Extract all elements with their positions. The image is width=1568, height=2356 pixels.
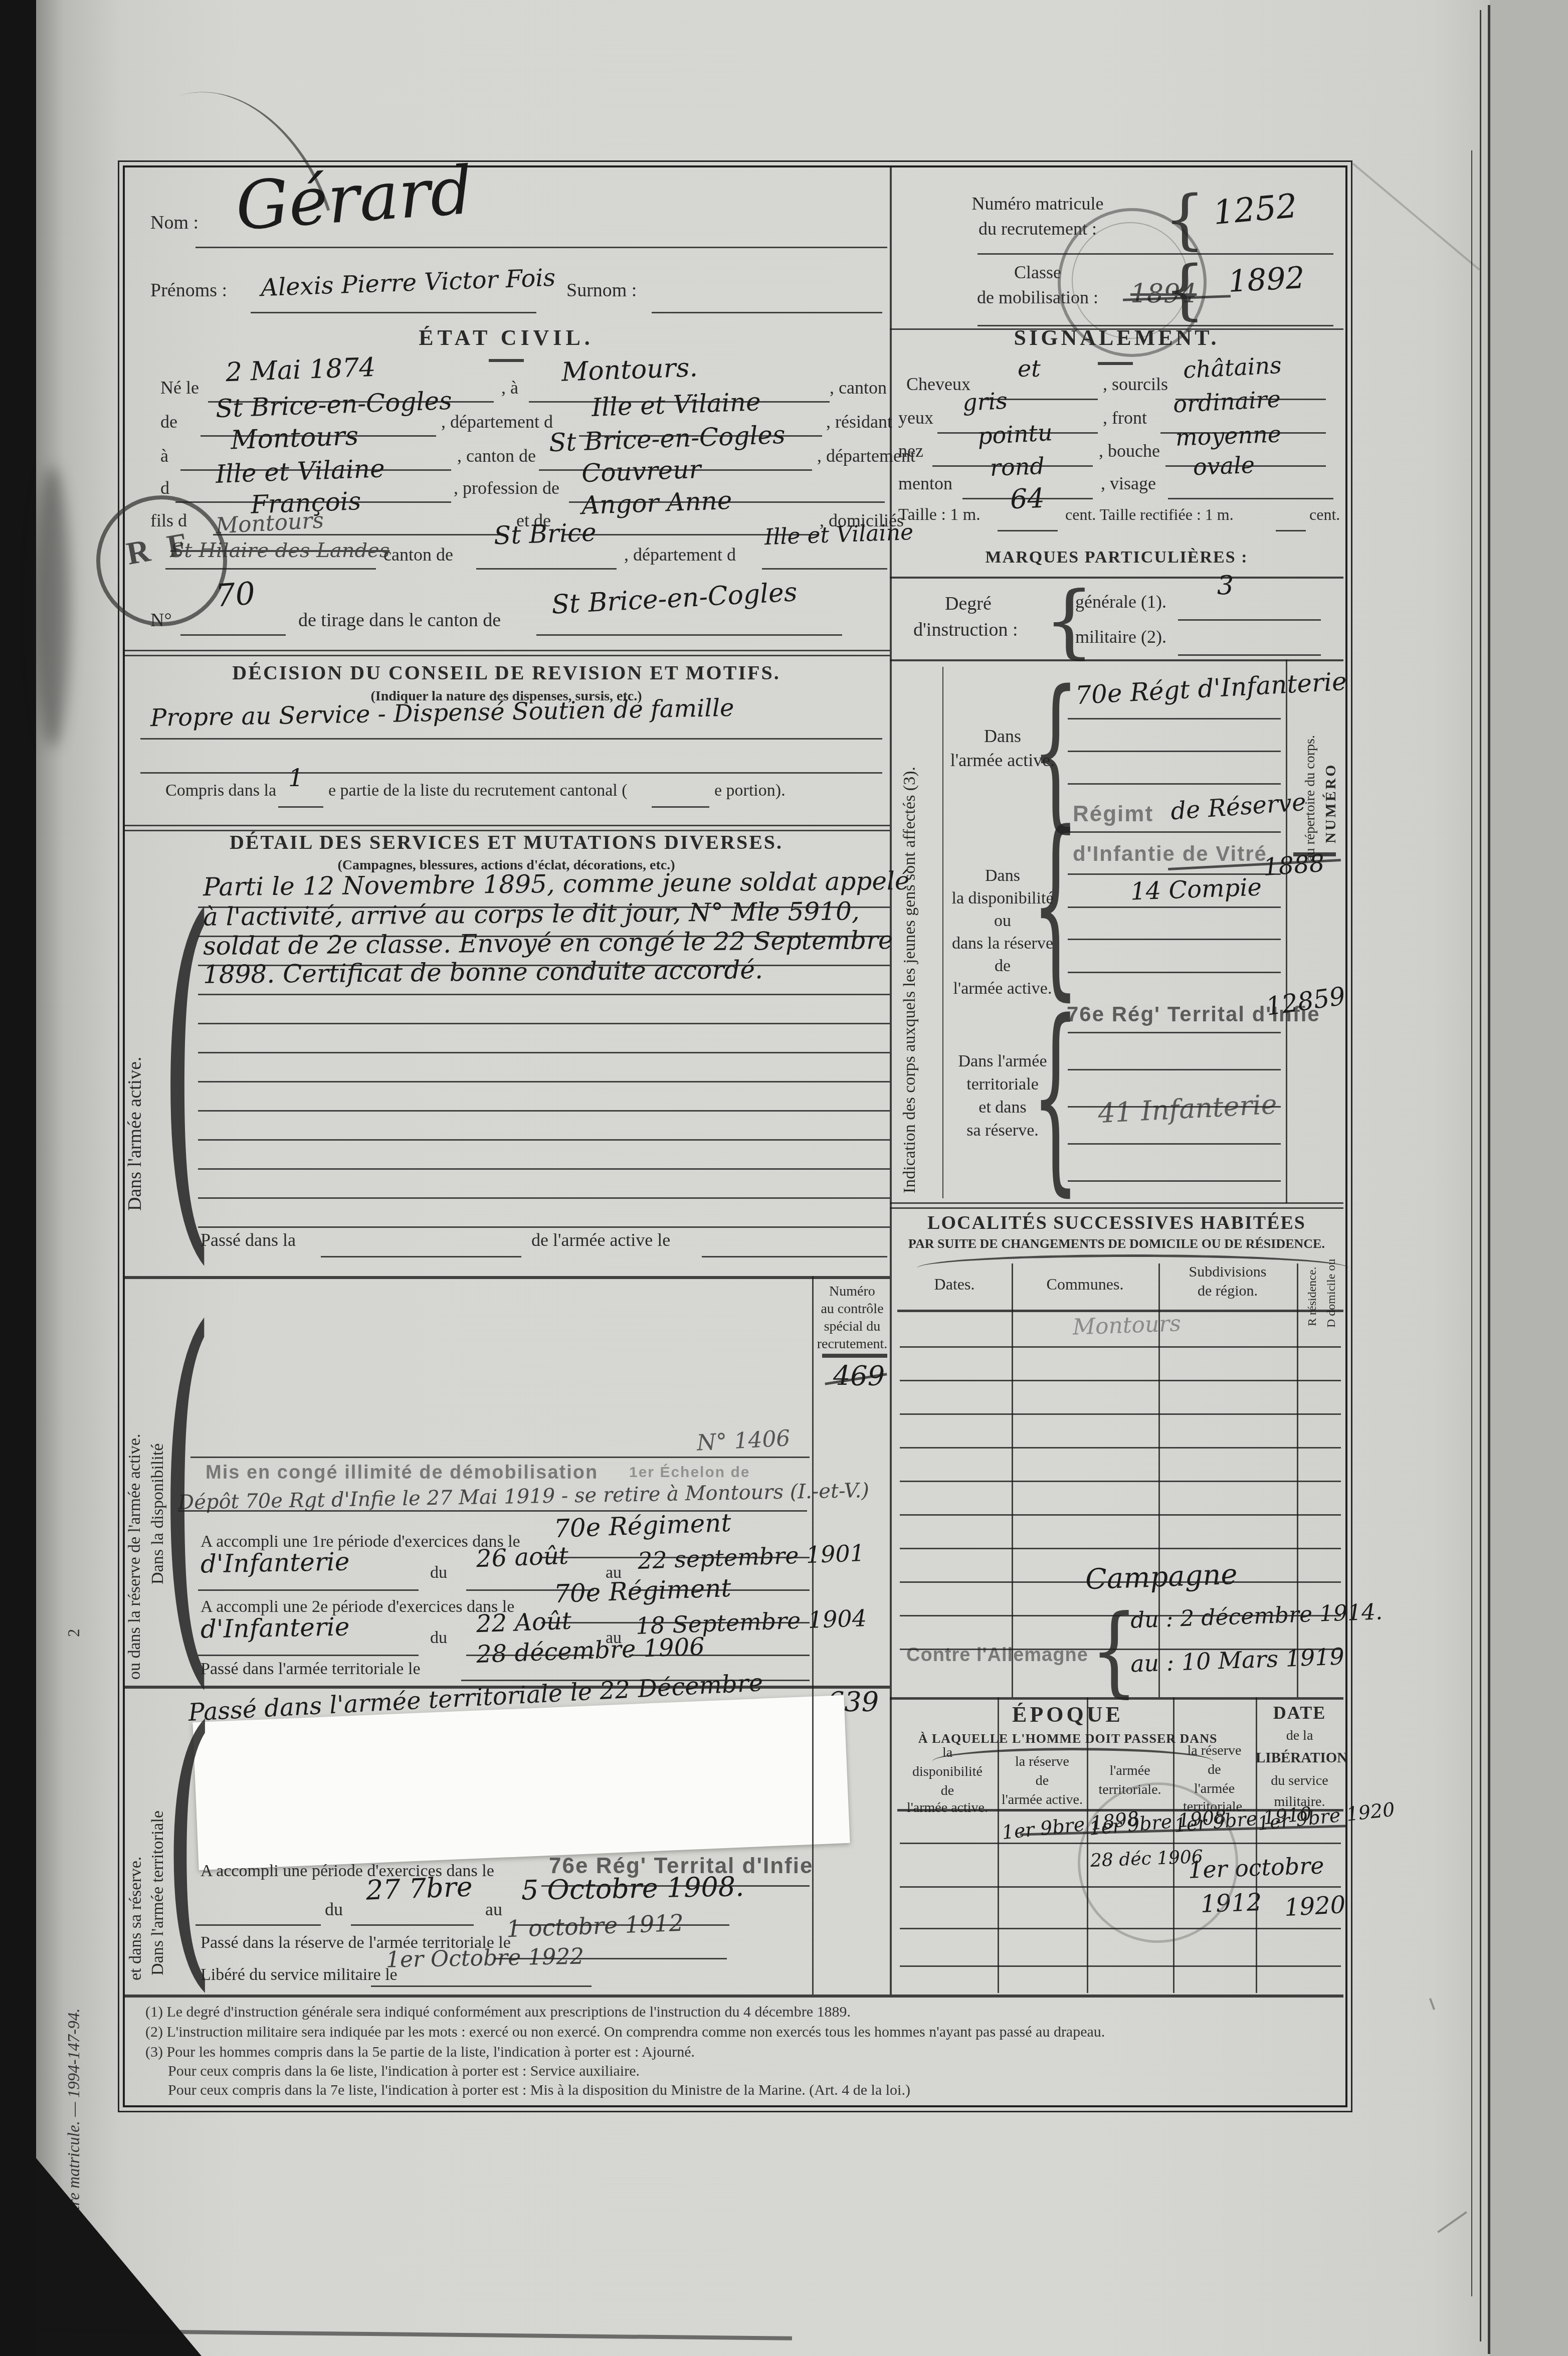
decision-title: DÉCISION DU CONSEIL DE REVISION ET MOTIF… [123,663,890,683]
brace-glyph: { [1032,995,1079,1198]
compris-mid: e partie de la liste du recrutement cant… [328,782,628,799]
rule-line [198,1655,419,1656]
sourcils-label: , sourcils [1103,375,1168,393]
epoque-col4-2: de [1173,1763,1256,1777]
controle-header-3: spécial du [816,1320,888,1334]
rule-line [564,534,817,535]
controle-header-4: recrutement. [816,1337,888,1351]
date-header-2: de la [1256,1729,1343,1743]
redaction-paper-slip [192,1695,850,1870]
rule-line [351,1924,474,1926]
rule-line [1068,751,1281,752]
corps-dispo-hand-2: 14 Compie [1130,875,1262,903]
periode3-au-label: au [485,1900,502,1918]
col-dr-2: R résidence. [1306,1241,1318,1326]
rule-line [190,1457,810,1458]
book-spine [0,0,36,2356]
profession-label: , profession de [454,479,559,497]
domicile-value: Montours [215,509,324,537]
epoque-val2-liberation: 1920 [1284,1893,1346,1920]
canton3-label: canton de [383,546,453,564]
ne-le-label: Né le [160,379,199,397]
date-header-1: DATE [1256,1704,1343,1722]
rule-line [180,469,451,471]
rule-line [983,399,1098,400]
epoque-col1-2: disponibilité [897,1765,998,1779]
margin-page-number: 2 [66,1607,83,1637]
passe-mid: de l'armée active le [531,1231,670,1249]
epoque-col2-3: l'armée active. [998,1793,1087,1807]
rule-line [123,830,890,831]
canton-suffix: , canton [830,379,887,397]
rule-line [123,1995,1343,1998]
demob-echelon: 1er Échelon de [629,1465,750,1480]
corps-side-label: Indication des corps auxquels les jeunes… [901,674,918,1193]
rule-line [123,825,890,826]
nom-value: Gérard [234,157,475,240]
localites-title: LOCALITÉS SUCCESSIVES HABITÉES [890,1213,1343,1232]
column-line [1012,1263,1013,1697]
footnote-4: Pour ceux compris dans la 6e liste, l'in… [168,2064,640,2079]
rule-line [541,1557,810,1558]
departement-residence: Ille et Vilaine [215,456,385,487]
yeux-label: yeux [898,409,933,427]
rule-line [900,1928,1341,1929]
rule-line [198,1589,419,1591]
controle-header-2: au contrôle [816,1302,888,1316]
rule-line [1276,530,1306,531]
rule-line [371,1985,592,1987]
armee-active-side-label: Dans l'armée active. [125,990,144,1211]
rule-line [1293,852,1336,856]
rule-line [1068,718,1281,719]
nez-label: nez [898,442,923,460]
d-label: d [160,479,169,497]
rule-line [1175,399,1326,400]
periode2-corps2: d'Infanterie [201,1614,350,1642]
rule-line [652,312,882,313]
ne-le-value: 2 Mai 1874 [225,354,376,386]
taille-suffix: cent. [1309,506,1340,522]
rule-line [890,328,1343,330]
rule-line [195,1924,321,1926]
rule-line [198,965,890,966]
rule-line [998,530,1058,531]
service-line-2: à l'activité, arrivé au corps le dit jou… [203,898,860,929]
mere-value: Angor Anne [581,488,732,518]
periode2-du-label: du [430,1629,447,1647]
canton2-label: , canton de [457,447,536,465]
col-communes: Communes. [1012,1276,1158,1292]
rule-line [890,1207,1343,1209]
rule-line [198,1226,890,1228]
commune-residence: Montours [230,423,359,454]
rule-line [1068,939,1281,940]
rule-line [897,1809,1343,1811]
rule-line [962,498,1093,499]
brace-glyph: { [1044,581,1095,661]
rule-line [198,1197,890,1199]
visage-label: , visage [1101,474,1156,492]
degre-label-1: Degré [945,594,992,613]
tirage-label: de tirage dans le canton de [298,611,501,630]
libere-label: Libéré du service militaire le [201,1966,398,1983]
epoque-col2-1: la réserve [998,1755,1087,1769]
rule-line [198,936,890,937]
signalement-title: SIGNALEMENT. [890,327,1343,349]
epoque-title: ÉPOQUE [897,1704,1238,1726]
date-header-3: LIBÉRATION [1256,1751,1343,1765]
rule-line [198,994,890,995]
epoque-col2-2: de [998,1774,1087,1788]
matricule-value: 1252 [1212,190,1298,230]
rule-line [569,501,885,503]
rule-line [180,634,286,636]
menton-label: menton [898,474,952,492]
rule-line [1068,1069,1281,1070]
column-line [1256,1697,1257,1993]
rule-line [900,1581,1341,1583]
rule-line [541,1885,810,1887]
periode1-du-label: du [430,1564,447,1581]
departement-label: , département d [441,413,553,431]
col-subdivisions-1: Subdivisions [1158,1264,1297,1280]
rule-line [1068,1032,1281,1033]
rule-line [198,1168,890,1170]
service-line-4: 1898. Certificat de bonne conduite accor… [203,957,763,987]
rule-line [900,1481,1341,1482]
rule-line [461,1680,810,1681]
residant-suffix: , résidant [826,413,892,431]
rule-line [1068,907,1281,908]
col-dr-1: D domicile ou [1325,1237,1337,1328]
tirage-no-label: N° [150,611,172,630]
brace-glyph: ( [163,1694,214,1993]
rule-line [1168,498,1333,499]
column-line [1488,5,1490,2354]
rule-line [822,1354,887,1358]
rule-line [1178,654,1321,656]
periode3-du-label: du [325,1900,343,1918]
rule-line [213,534,506,535]
etat-civil-title: ÉTAT CIVIL. [123,327,890,349]
rule-line [890,1202,1343,1204]
rule-line [165,568,376,570]
rule-line [977,253,1333,255]
rule-line [123,650,890,651]
brace-glyph: ( [159,1284,214,1691]
rule-line [178,1510,807,1512]
rule-line [1068,972,1281,973]
passe-label: Passé dans la [201,1231,296,1249]
rule-line [702,1256,887,1257]
rule-line [466,1655,594,1656]
rule-line [536,634,842,636]
front-label: , front [1103,409,1147,427]
rule-line [198,1023,890,1024]
periode2-label: A accompli une 2e période d'exercices da… [201,1598,514,1615]
rule-line [897,1310,1343,1312]
rule-line [541,1622,810,1623]
column-line [1087,1697,1088,1993]
rule-line [198,1110,890,1112]
footnote-5: Pour ceux compris dans la 7e liste, l'in… [168,2083,910,2098]
rule-line [1068,831,1281,833]
rule-line [198,1139,890,1141]
periode1-corps2: d'Infanterie [201,1549,350,1576]
column-line [1297,1263,1298,1697]
nez-value: pointu [977,421,1053,448]
rule-line [514,1924,729,1926]
column-line [998,1697,999,1993]
brace-glyph: ( [159,873,214,1266]
brace-glyph: { [1164,187,1206,252]
brace-glyph: { [1090,1602,1138,1700]
rule-line [900,1965,1341,1967]
nom-label: Nom : [150,213,199,232]
rule-line [762,568,887,570]
a2-label: à [160,447,168,465]
rule-line [198,1081,890,1082]
prenoms-label: Prénoms : [150,281,227,300]
corps-numero-label-2: au répertoire du corps. [1303,671,1317,861]
rule-line [900,1346,1341,1348]
yeux-value: gris [962,389,1008,415]
rule-line [529,401,830,403]
terr-side-label-b: et dans sa réserve. [127,1710,144,1980]
rule-line [900,1413,1341,1415]
rule-line [195,247,887,248]
rule-line [900,1886,1341,1888]
rule-line [466,1589,594,1591]
sourcils-value: châtains [1183,353,1282,382]
rule-line [937,432,1098,434]
compris-suffix: e portion). [714,782,786,799]
rule-line [489,359,524,362]
rule-line [251,312,536,313]
corps-dispo-stamp-1: Régimt [1073,803,1153,825]
dispo-side-label-b: ou dans la réserve de l'armée active. [126,1289,143,1680]
column-line [1480,10,1481,2341]
rule-line [123,655,890,656]
menton-value: rond [990,454,1045,479]
localites-commune-1: Montours [1072,1313,1181,1339]
rule-line [629,1655,810,1656]
periode3-du: 27 7bre [365,1873,473,1904]
epoque-col1-3: de [897,1784,998,1798]
rule-line [900,1514,1341,1516]
bouche-label: , bouche [1099,442,1160,460]
rule-line [140,738,882,740]
epoque-col1-4: l'armée active. [897,1801,998,1815]
demob-number: N° 1406 [696,1427,791,1455]
rule-line [900,1843,1341,1844]
rule-line [476,568,617,570]
tirage-no-value: 70 [215,578,256,611]
rule-line [1068,1143,1281,1145]
taille-mid: cent. Taille rectifiée : 1 m. [1065,506,1234,522]
column-line [890,165,892,1995]
rule-line [123,1686,890,1689]
col-dates: Dates. [897,1276,1012,1292]
footnote-1: (1) Le degré d'instruction générale sera… [145,2005,851,2020]
rule-line [175,501,451,503]
rule-line [1068,1180,1281,1182]
brace-glyph: { [1164,257,1206,322]
rule-line [900,1548,1341,1549]
rule-line [198,1052,890,1053]
rule-line [494,1958,727,1959]
date-header-4: du service [1256,1774,1343,1788]
brace-glyph: { [1032,807,1079,1003]
a-label: , à [501,379,518,397]
column-line [1286,659,1287,1203]
rule-line [932,465,1093,467]
rule-line [1160,432,1326,434]
controle-header-1: Numéro [816,1285,888,1299]
front-value: ordinaire [1172,387,1281,416]
campagne-value: Campagne [1085,1561,1238,1594]
service-line-3: soldat de 2e classe. Envoyé en congé le … [203,928,893,959]
rule-line [900,1447,1341,1448]
periode1-corps: 70e Régiment [553,1510,731,1541]
marques-label: MARQUES PARTICULIÈRES : [890,549,1343,566]
corps-numero-label-1: NUMÉRO [1323,678,1338,843]
rule-line [652,806,709,808]
commune-naissance: Montours. [561,354,698,385]
corps-dispo-stamp-2: d'Infantie de Vitré [1073,843,1267,864]
column-line [1158,1263,1160,1697]
rule-line [1068,873,1281,875]
rule-line [140,772,882,774]
compris-value: 1 [288,766,304,790]
epoque-col1-1: la [897,1746,998,1760]
gutter-shadow [35,466,70,747]
reserve-terr-value: 1 octobre 1912 [506,1911,684,1940]
periode1-label: A accompli une 1re période d'exercices d… [201,1533,520,1550]
scanned-register-page: { "colors":{"paper":"#d5d5d1","print_ink… [0,0,1568,2356]
departement3-label: , département d [624,546,736,564]
rule-line [321,1256,521,1257]
rule-line [123,1276,890,1279]
compris-label: Compris dans la [165,782,276,799]
rule-line [208,401,494,403]
periode3-au: 5 Octobre 1908. [521,1873,744,1904]
rule-line [539,469,812,471]
surnom-label: Surnom : [566,281,637,300]
rule-line [890,577,1343,579]
service-line-1: Parti le 12 Novembre 1895, comme jeune s… [203,868,910,899]
de-label: de [160,413,177,431]
col-subdivisions-2: de région. [1158,1284,1297,1299]
rule-line [977,325,1333,326]
degre-label-2: d'instruction : [913,620,1018,639]
periode2-corps: 70e Régiment [553,1575,731,1606]
profession-value: Couvreur [581,457,701,486]
cheveux-value: et [1018,357,1041,380]
rule-line [1165,465,1326,467]
column-line [942,667,943,1198]
rule-line [900,1380,1341,1381]
cheveux-label: Cheveux [906,375,970,393]
column-line [1173,1697,1174,1993]
rule-line [201,435,436,437]
rule-line [629,1589,810,1591]
footnote-2: (2) L'instruction militaire sera indiqué… [145,2025,1105,2040]
rule-line [198,907,890,908]
passe-territoriale-label: Passé dans l'armée territoriale le [201,1661,421,1678]
demob-stamp: Mis en congé illimité de démobilisation [206,1463,598,1482]
passe-territoriale-value: 28 décembre 1906 [476,1635,705,1667]
taille-label: Taille : 1 m. [898,506,981,523]
rule-line [1068,783,1281,785]
epoque-col4-1: la réserve [1173,1744,1256,1758]
classe-value: 1892 [1228,263,1306,297]
localites-subtitle: PAR SUITE DE CHANGEMENTS DE DOMICILE OU … [890,1237,1343,1250]
rule-line [278,806,323,808]
services-title: DÉTAIL DES SERVICES ET MUTATIONS DIVERSE… [123,832,890,852]
rule-line [579,435,822,437]
epoque-col3-1: l'armée [1087,1764,1173,1778]
bouche-value: moyenne [1175,422,1281,449]
column-line [1471,150,1472,2296]
rule-line [1098,362,1133,365]
rule-line [1178,619,1321,621]
departement-naissance: Ille et Vilaine [591,389,761,420]
footnote-3: (3) Pour les hommes compris dans la 5e p… [145,2045,695,2060]
rule-line [890,659,1343,661]
rule-line [1068,1106,1281,1108]
column-line [812,1276,814,1995]
